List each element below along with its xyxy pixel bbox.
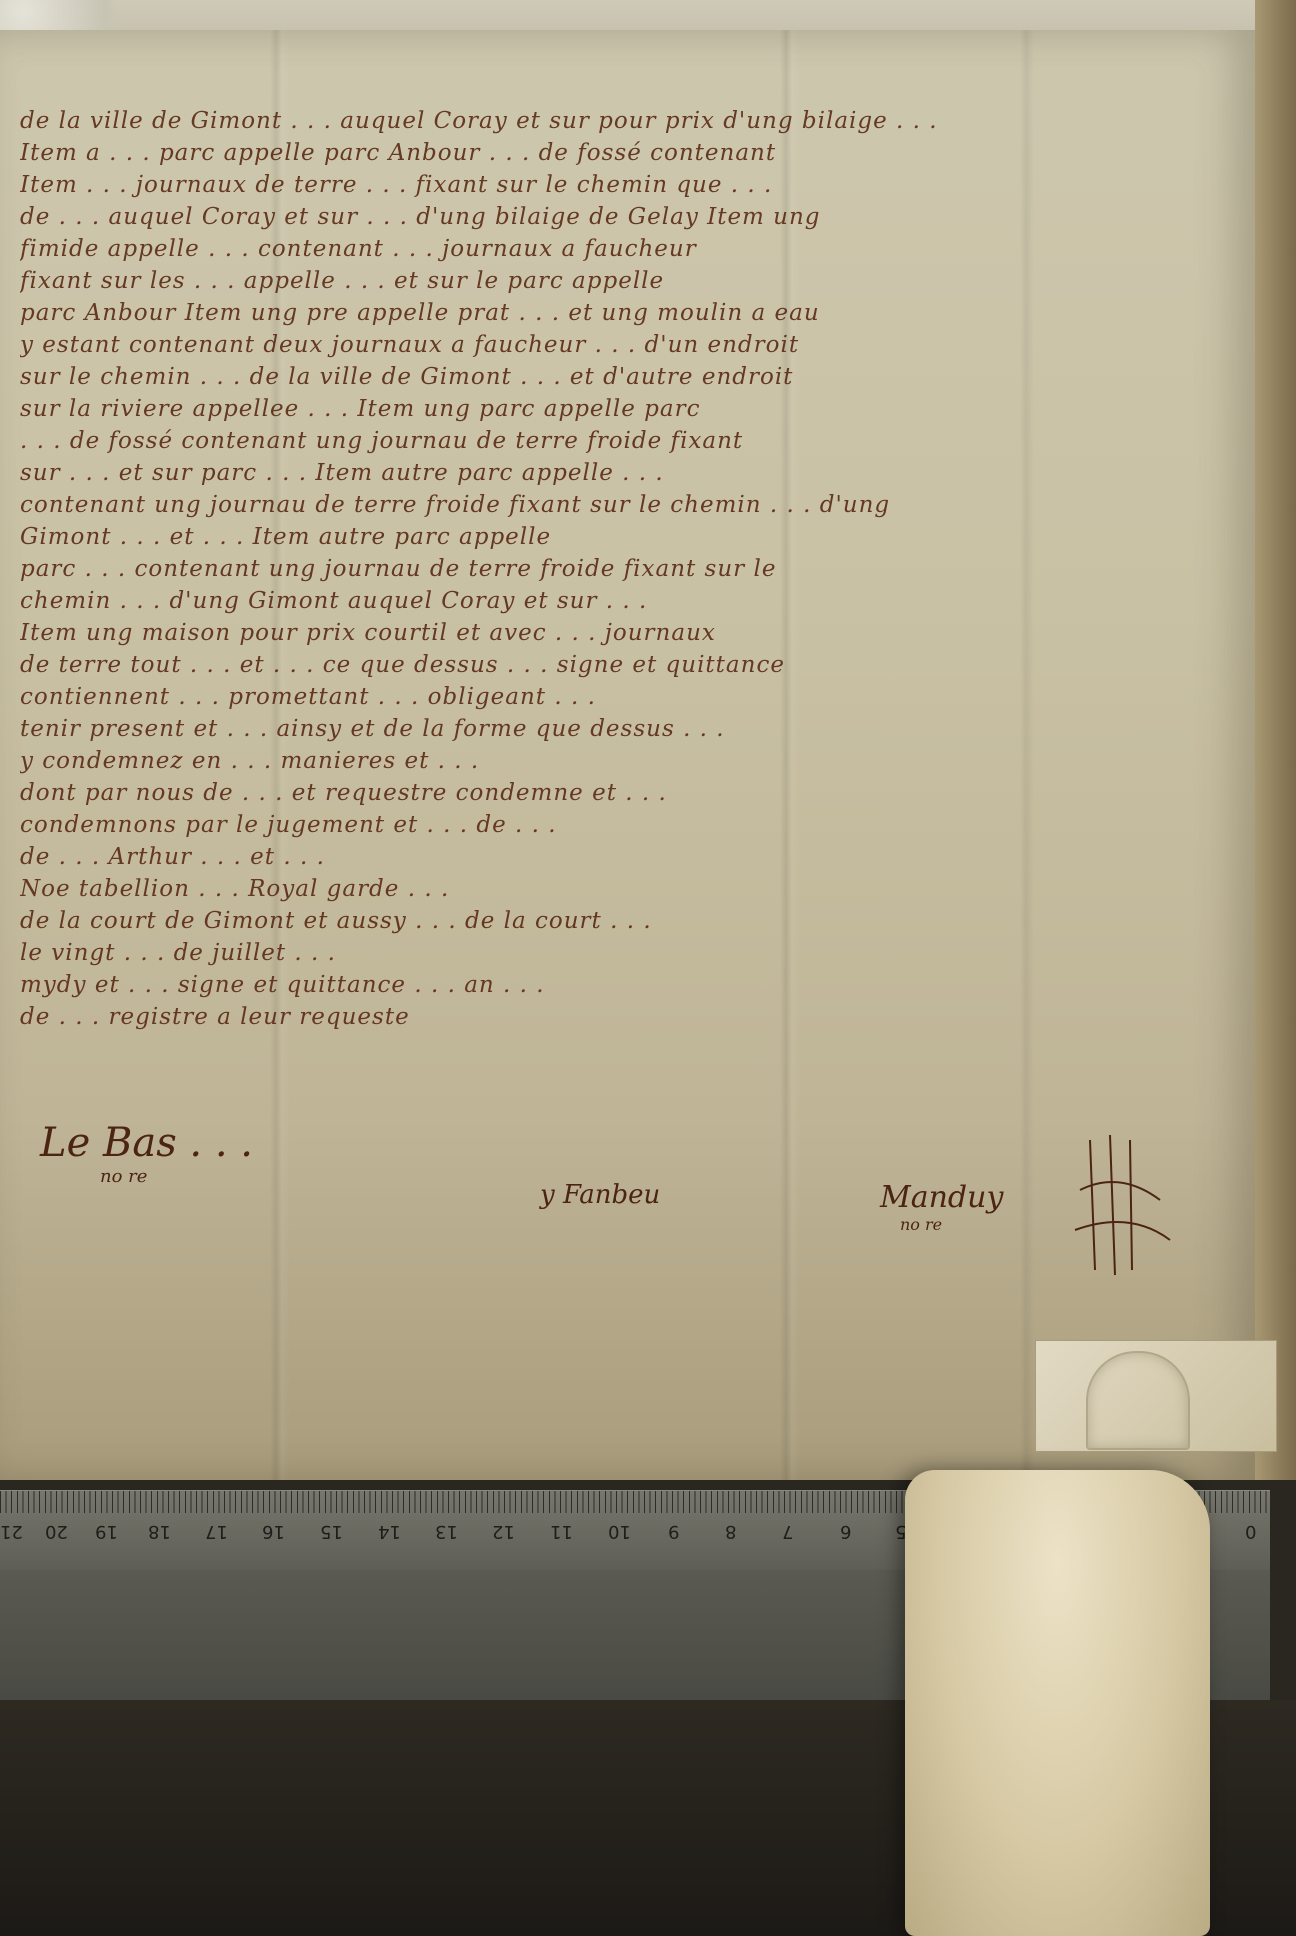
flourish-mark-icon <box>1060 1130 1180 1280</box>
text-line: sur la riviere appellee . . . Item ung p… <box>20 393 1235 425</box>
text-line: fimide appelle . . . contenant . . . jou… <box>20 233 1235 265</box>
text-line: condemnons par le jugement et . . . de .… <box>20 809 1235 841</box>
seal-emboss-icon <box>1086 1351 1190 1450</box>
ruler-number: 15 <box>320 1521 343 1542</box>
ruler-number: 12 <box>492 1521 515 1542</box>
text-line: Item a . . . parc appelle parc Anbour . … <box>20 137 1235 169</box>
ruler-number: 13 <box>435 1521 458 1542</box>
handwritten-text: de la ville de Gimont . . . auquel Coray… <box>20 105 1235 1033</box>
text-line: contenant ung journau de terre froide fi… <box>20 489 1235 521</box>
text-line: contiennent . . . promettant . . . oblig… <box>20 681 1235 713</box>
text-line: Item . . . journaux de terre . . . fixan… <box>20 169 1235 201</box>
text-line: parc Anbour Item ung pre appelle prat . … <box>20 297 1235 329</box>
ruler-number: 17 <box>205 1521 228 1542</box>
text-line: y estant contenant deux journaux a fauch… <box>20 329 1235 361</box>
text-line: de la court de Gimont et aussy . . . de … <box>20 905 1235 937</box>
text-line: Gimont . . . et . . . Item autre parc ap… <box>20 521 1235 553</box>
text-line: . . . de fossé contenant ung journau de … <box>20 425 1235 457</box>
embossed-seal <box>1035 1340 1277 1452</box>
ruler-number: 6 <box>840 1521 851 1542</box>
manuscript-page: de la ville de Gimont . . . auquel Coray… <box>0 30 1255 1480</box>
ruler-number: 8 <box>725 1521 736 1542</box>
signature-center: y Fanbeu <box>540 1180 660 1210</box>
text-line: sur . . . et sur parc . . . Item autre p… <box>20 457 1235 489</box>
text-line: chemin . . . d'ung Gimont auquel Coray e… <box>20 585 1235 617</box>
ruler-number: 18 <box>148 1521 171 1542</box>
text-line: mydy et . . . signe et quittance . . . a… <box>20 969 1235 1001</box>
text-line: dont par nous de . . . et requestre cond… <box>20 777 1235 809</box>
text-line: de la ville de Gimont . . . auquel Coray… <box>20 105 1235 137</box>
text-line: sur le chemin . . . de la ville de Gimon… <box>20 361 1235 393</box>
ruler-number: 16 <box>262 1521 285 1542</box>
ruler-number: 9 <box>668 1521 679 1542</box>
ruler-number: 0 <box>1245 1521 1256 1542</box>
ruler-number: 11 <box>550 1521 573 1542</box>
text-line: de . . . registre a leur requeste <box>20 1001 1235 1033</box>
text-line: de . . . Arthur . . . et . . . <box>20 841 1235 873</box>
signature-left-text: Le Bas . . . <box>40 1120 253 1166</box>
text-line: de terre tout . . . et . . . ce que dess… <box>20 649 1235 681</box>
text-line: de . . . auquel Coray et sur . . . d'ung… <box>20 201 1235 233</box>
ruler-number: 7 <box>782 1521 793 1542</box>
text-line: le vingt . . . de juillet . . . <box>20 937 1235 969</box>
cloth-weight-bag <box>905 1470 1210 1936</box>
ruler-number: 21 <box>0 1521 23 1542</box>
ruler-number: 20 <box>45 1521 68 1542</box>
signature-right-text: Manduy <box>880 1180 1003 1215</box>
text-line: tenir present et . . . ainsy et de la fo… <box>20 713 1235 745</box>
ruler-number: 19 <box>95 1521 118 1542</box>
text-line: parc . . . contenant ung journau de terr… <box>20 553 1235 585</box>
text-line: Item ung maison pour prix courtil et ave… <box>20 617 1235 649</box>
text-line: fixant sur les . . . appelle . . . et su… <box>20 265 1235 297</box>
paper-edge <box>1255 0 1296 1480</box>
text-line: Noe tabellion . . . Royal garde . . . <box>20 873 1235 905</box>
signature-left: Le Bas . . . no re <box>40 1120 253 1187</box>
text-line: y condemnez en . . . manieres et . . . <box>20 745 1235 777</box>
signature-right: Manduy no re <box>880 1180 1003 1234</box>
ruler-number: 14 <box>378 1521 401 1542</box>
signature-left-sub: no re <box>100 1166 253 1187</box>
ruler-number: 10 <box>608 1521 631 1542</box>
signature-right-sub: no re <box>900 1215 1003 1234</box>
